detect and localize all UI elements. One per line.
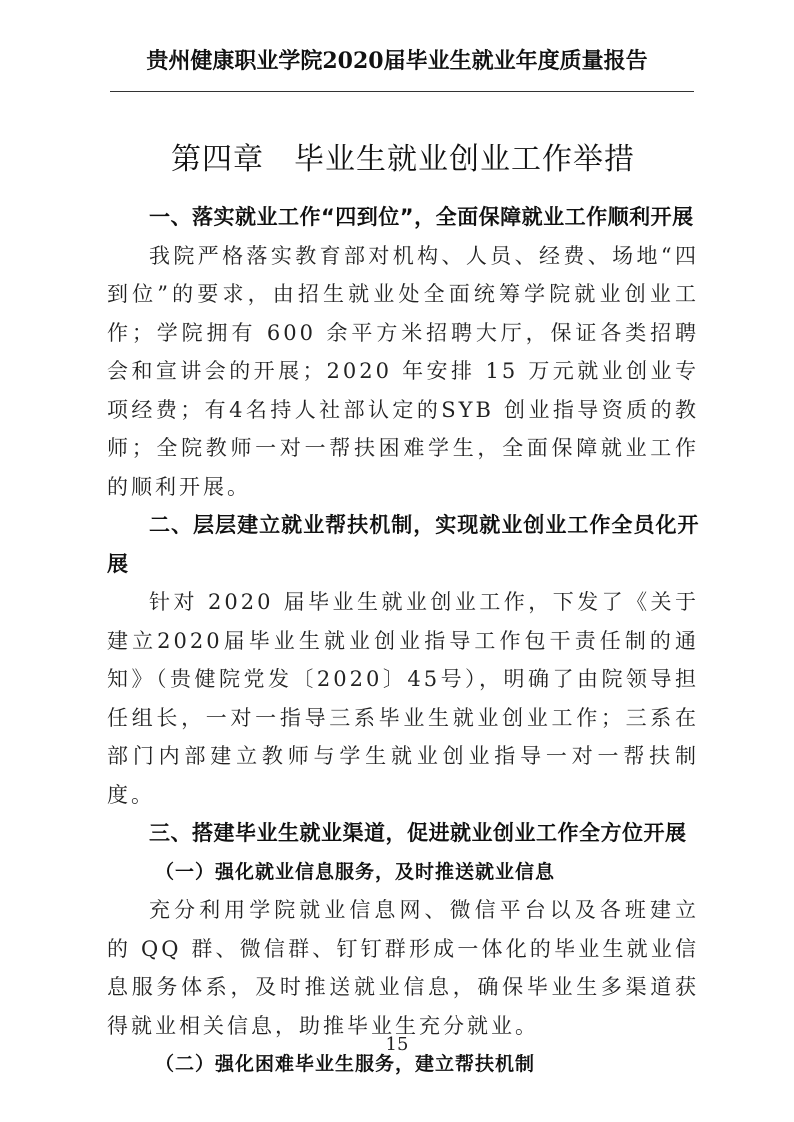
chapter-name: 毕业生就业创业工作举措 <box>294 142 635 177</box>
subsection-heading-3-1: （一）强化就业信息服务，及时推送就业信息 <box>107 853 699 892</box>
page-content: 第四章毕业生就业创业工作举措 一、落实就业工作“四到位”，全面保障就业工作顺利开… <box>107 140 699 1084</box>
page-number: 15 <box>0 1034 794 1055</box>
subsection-3-1-paragraph: 充分利用学院就业信息网、微信平台以及各班建立的 QQ 群、微信群、钉钉群形成一体… <box>107 891 699 1045</box>
chapter-number: 第四章 <box>171 142 264 177</box>
section-heading-2: 二、层层建立就业帮扶机制，实现就业创业工作全员化开展 <box>107 506 699 583</box>
section-2-paragraph: 针对 2020 届毕业生就业创业工作，下发了《关于建立2020届毕业生就业创业指… <box>107 583 699 814</box>
section-1-paragraph: 我院严格落实教育部对机构、人员、经费、场地“四到位”的要求，由招生就业处全面统筹… <box>107 237 699 507</box>
section-heading-1: 一、落实就业工作“四到位”，全面保障就业工作顺利开展 <box>107 198 699 237</box>
header-divider <box>110 91 694 92</box>
document-page: 贵州健康职业学院2020届毕业生就业年度质量报告 第四章毕业生就业创业工作举措 … <box>0 0 794 1122</box>
chapter-title: 第四章毕业生就业创业工作举措 <box>107 140 699 180</box>
section-heading-3: 三、搭建毕业生就业渠道，促进就业创业工作全方位开展 <box>107 814 699 853</box>
running-header: 贵州健康职业学院2020届毕业生就业年度质量报告 <box>0 46 794 76</box>
